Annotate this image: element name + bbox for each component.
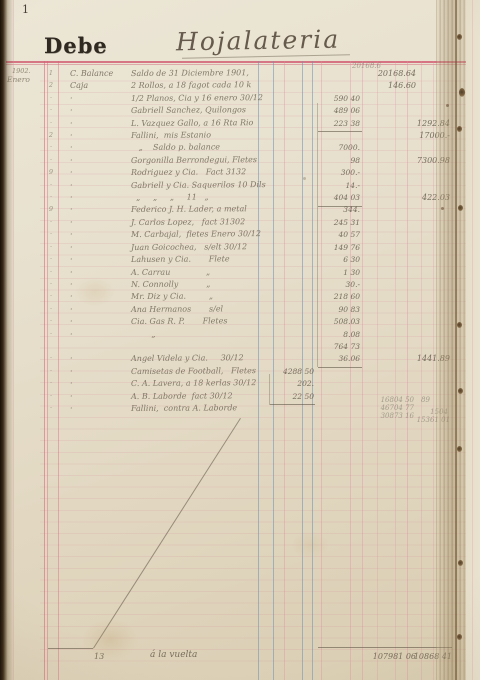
ledger-row: · · N. Connolly „ 30.- <box>0 280 480 292</box>
entry-day: · <box>44 156 58 164</box>
entry-account: · <box>70 119 73 128</box>
paper-speck <box>441 207 444 210</box>
entry-account: · <box>70 268 73 277</box>
entry-description: Angel Videla y Cia. 30/12 <box>131 354 244 364</box>
sum-rule-1 <box>318 131 362 132</box>
entry-description: Gabriell Sanchez, Quilongos <box>131 105 246 115</box>
entry-description: 2 Rollos, a 18 fagot cada 10 k <box>131 81 251 91</box>
entry-amount-inner: 22 50 <box>266 392 314 401</box>
entry-account: · <box>70 230 73 239</box>
header-rule-bottom <box>6 64 480 65</box>
ledger-row: · · C. A. Lavera, a 18 kerlas 30/12 202. <box>0 379 480 391</box>
entry-amount-sub: 90 83 <box>318 305 360 314</box>
entry-day: · <box>44 268 58 276</box>
closing-diagonal-line <box>93 418 241 649</box>
ledger-row: · · Gabriell y Cia. Saquerilos 10 Dils 1… <box>0 181 480 193</box>
entry-description: C. A. Lavera, a 18 kerlas 30/12 <box>131 378 256 388</box>
entry-amount-sub: 40 57 <box>318 230 360 239</box>
pencil-subtotal-1: 16804 50 <box>362 396 414 404</box>
pencil-note-right-1: 89 <box>421 396 430 404</box>
entry-description: Federico J. H. Lader, a metal <box>131 205 247 215</box>
entry-day: · <box>44 255 58 263</box>
entry-account: · <box>70 131 73 140</box>
entry-account: · <box>70 354 73 363</box>
entry-amount-sub: 36.06 <box>318 354 360 363</box>
ledger-row: 9 · Federico J. H. Lader, a metal 344. <box>0 205 480 217</box>
entry-amount-sub: 245 31 <box>318 218 360 227</box>
entry-amount-sub: 764 73 <box>318 342 360 351</box>
entry-description: Camisetas de Football, Fletes <box>131 366 256 376</box>
sum-rule-3 <box>318 367 362 368</box>
entry-account: · <box>70 330 73 339</box>
entry-amount-sub: 98 <box>318 156 360 165</box>
entry-description: Mr. Diz y Cia. „ <box>131 292 213 302</box>
paper-speck <box>303 177 306 180</box>
entry-description: Rodriguez y Cia. Fact 3132 <box>131 167 246 177</box>
entry-description: Juan Goicochea, s/elt 30/12 <box>131 242 247 252</box>
entry-day: · <box>44 379 58 387</box>
entry-account: · <box>70 94 73 103</box>
book-gutter-shadow <box>0 0 14 680</box>
ledger-row: · · Gabriell Sanchez, Quilongos 489 06 <box>0 106 480 118</box>
entry-day: · <box>44 367 58 375</box>
entry-amount-sub: 223 38 <box>318 119 360 128</box>
sum-rule-2 <box>318 206 362 207</box>
ledger-row: · · Angel Videla y Cia. 30/12 36.06 1441… <box>0 354 480 366</box>
entry-day: · <box>44 392 58 400</box>
entry-amount-sub: 30.- <box>318 280 360 289</box>
entry-amount-sub: 149 76 <box>318 243 360 252</box>
entry-amount-middle: 20168.64 <box>362 69 416 78</box>
entry-account: · <box>70 305 73 314</box>
entry-account: · <box>70 280 73 289</box>
entry-account: · <box>70 367 73 376</box>
entry-account: Caja <box>70 81 88 90</box>
entry-amount-sub: 1 30 <box>318 268 360 277</box>
entry-account: · <box>70 181 73 190</box>
closing-base-line <box>48 648 93 649</box>
entry-day: · <box>44 354 58 362</box>
next-page-sliver <box>466 0 480 680</box>
stitch-knot <box>457 322 462 328</box>
stitch-knot <box>457 126 462 132</box>
pencil-note-top: 20168.6 <box>352 62 381 70</box>
entry-description: Fallini, contra A. Laborde <box>131 403 237 413</box>
stitch-knot <box>457 446 462 452</box>
entry-day: · <box>44 292 58 300</box>
entry-day: 1 <box>44 69 58 77</box>
entry-account: · <box>70 255 73 264</box>
entry-description: Ana Hermanos s/el <box>131 304 223 314</box>
entry-day: · <box>44 143 58 151</box>
entry-description: Lahusen y Cia. Flete <box>131 254 230 264</box>
column-bracket-2 <box>269 374 270 405</box>
entry-description: A. B. Laborde fact 30/12 <box>131 391 233 401</box>
entry-account: · <box>70 106 73 115</box>
entry-account: · <box>70 205 73 214</box>
entry-description: J. Carlos Lopez, fact 31302 <box>131 217 245 227</box>
ledger-row: 9 · Rodriguez y Cia. Fact 3132 300.- <box>0 168 480 180</box>
entry-day: · <box>44 404 58 412</box>
entry-amount-sub: 218 60 <box>318 292 360 301</box>
entry-amount-sub: 8.08 <box>318 330 360 339</box>
entry-description: L. Vazquez Gallo, a 16 Rta Rio <box>131 118 253 128</box>
ledger-row: · · A. Carrau „ 1 30 <box>0 268 480 280</box>
entry-account: · <box>70 156 73 165</box>
entry-amount-sub: 404 03 <box>318 193 360 202</box>
entry-day: · <box>44 280 58 288</box>
entry-amount-middle: 146.60 <box>362 81 416 90</box>
entry-description: Cia. Gas R. P. Fletes <box>131 316 228 326</box>
stitch-knot <box>457 34 462 40</box>
ledger-row: · · „ 8.08 <box>0 330 480 342</box>
entry-day: · <box>44 218 58 226</box>
entry-account: · <box>70 168 73 177</box>
ledger-entries: 1 C. Balance Saldo de 31 Diciembre 1901,… <box>0 69 480 416</box>
entry-day: · <box>44 94 58 102</box>
folio-note: 13 <box>94 652 104 661</box>
page-edge-stack <box>436 0 466 680</box>
stitch-knot <box>458 205 463 211</box>
ledger-row: · · Ana Hermanos s/el 90 83 <box>0 305 480 317</box>
entry-amount-sub: 14.- <box>318 181 360 190</box>
entry-day: · <box>44 119 58 127</box>
pencil-subtotal-3: 30873 16 <box>362 412 414 420</box>
entry-amount-sub: 590 40 <box>318 94 360 103</box>
binding-thread <box>455 0 457 680</box>
next-page-rule <box>472 0 473 680</box>
page-number: 1 <box>22 3 29 16</box>
entry-day: · <box>44 193 58 201</box>
entry-description: Gorgonilla Berrondegui, Fletes <box>131 155 257 165</box>
entry-account: · <box>70 392 73 401</box>
entry-account: · <box>70 379 73 388</box>
pencil-subtotal-2: 46704 77 <box>362 404 414 412</box>
ledger-row: · · Lahusen y Cia. Flete 6 30 <box>0 255 480 267</box>
ledger-row: · · Cia. Gas R. P. Fletes 508.03 <box>0 317 480 329</box>
entry-description: A. Carrau „ <box>131 267 210 277</box>
entry-amount-sub: 489 06 <box>318 106 360 115</box>
entry-day: · <box>44 230 58 238</box>
ledger-row: · · Juan Goicochea, s/elt 30/12 149 76 <box>0 243 480 255</box>
entry-description: 1/2 Planos, Cia y 16 enero 30/12 <box>131 93 263 103</box>
entry-amount-sub: 7000. <box>318 143 360 152</box>
debit-header: Debe <box>44 33 108 58</box>
entry-description: Saldo de 31 Diciembre 1901, <box>131 68 249 78</box>
page-total-middle: 107981 06 <box>362 652 416 661</box>
header-rule-top <box>6 61 480 63</box>
entry-account: · <box>70 218 73 227</box>
ledger-row: 2 · Fallini, mis Estanio 17000.- <box>0 131 480 143</box>
entry-description: N. Connolly „ <box>131 279 210 289</box>
entry-day: · <box>44 181 58 189</box>
entry-account: · <box>70 292 73 301</box>
entry-day: 9 <box>44 168 58 176</box>
entry-day: · <box>44 106 58 114</box>
entry-description: „ <box>131 329 156 338</box>
entry-amount-inner: 4288 50 <box>266 367 314 376</box>
ledger-page-photo: 1 Debe Hojalateria 1902. Enero 1 C. Bala… <box>0 0 480 680</box>
entry-day: · <box>44 317 58 325</box>
entry-account: · <box>70 243 73 252</box>
entry-description: M. Carbajal, fletes Enero 30/12 <box>131 229 261 239</box>
stitch-knot <box>458 560 463 566</box>
entry-amount-sub: 300.- <box>318 168 360 177</box>
entry-account: · <box>70 404 73 413</box>
entry-account: · <box>70 193 73 202</box>
entry-account: · <box>70 143 73 152</box>
ledger-row: 2 Caja 2 Rollos, a 18 fagot cada 10 k 14… <box>0 81 480 93</box>
account-title: Hojalateria <box>176 25 341 57</box>
entry-day: 2 <box>44 131 58 139</box>
entry-description: Fallini, mis Estanio <box>131 130 211 140</box>
stitch-knot <box>457 634 462 640</box>
ledger-row: · · L. Vazquez Gallo, a 16 Rta Rio 223 3… <box>0 119 480 131</box>
entry-description: „ Saldo p. balance <box>131 143 220 153</box>
entry-account: · <box>70 317 73 326</box>
entry-day: · <box>44 243 58 251</box>
entry-day: · <box>44 305 58 313</box>
entry-day: 9 <box>44 205 58 213</box>
sum-rule-4 <box>270 404 315 405</box>
total-rule <box>318 647 452 648</box>
entry-description: Gabriell y Cia. Saquerilos 10 Dils <box>131 180 266 190</box>
entry-amount-sub: 6 30 <box>318 255 360 264</box>
entry-account: C. Balance <box>70 69 113 78</box>
stitch-knot <box>458 388 463 394</box>
column-bracket-1 <box>317 103 318 367</box>
entry-day: 2 <box>44 81 58 89</box>
entry-amount-inner: 202. <box>266 379 314 388</box>
carried-forward-label: á la vuelta <box>150 650 197 660</box>
entry-description: „ „ „ 11 „ <box>131 193 209 203</box>
paper-speck <box>446 104 449 107</box>
ledger-row: · · Mr. Diz y Cia. „ 218 60 <box>0 292 480 304</box>
stitch-knot <box>459 88 465 97</box>
ledger-row: · · „ Saldo p. balance 7000. <box>0 143 480 155</box>
entry-amount-sub: 508.03 <box>318 317 360 326</box>
ledger-row: · · M. Carbajal, fletes Enero 30/12 40 5… <box>0 230 480 242</box>
entry-day: · <box>44 330 58 338</box>
